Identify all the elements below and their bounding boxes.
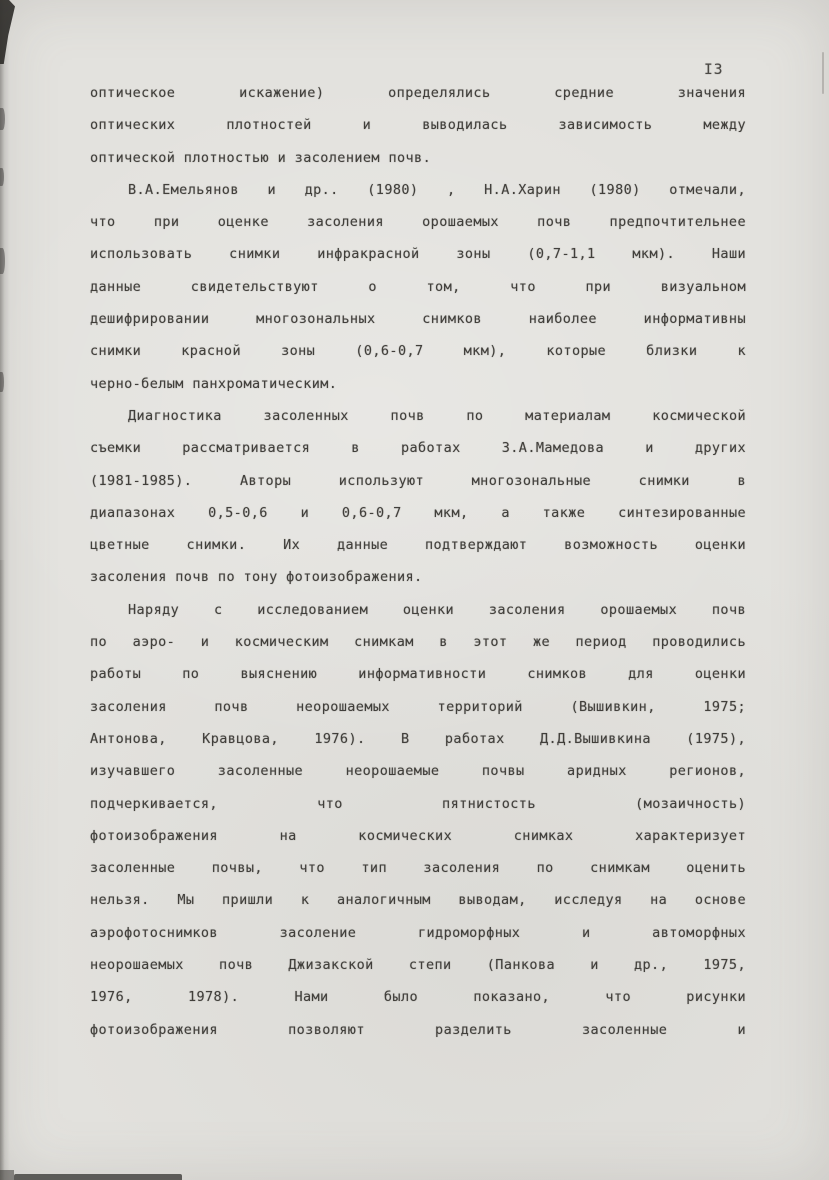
edge-nick — [0, 248, 5, 274]
scanned-document-page: { "page": { "number": "I3" }, "colors": … — [0, 0, 829, 1180]
text-line: 1976, 1978). Нами было показано, что рис… — [90, 981, 746, 1013]
text-line: Наряду с исследованием оценки засоления … — [90, 594, 746, 626]
page-number: I3 — [704, 62, 723, 78]
text-line: В.А.Емельянов и др.. (1980) , Н.А.Харин … — [90, 174, 746, 206]
edge-nick — [0, 372, 4, 392]
text-line: оптическое искажение) определялись средн… — [90, 77, 746, 109]
text-line: оптической плотностью и засолением почв. — [90, 142, 746, 174]
text-line: работы по выяснению информативности сним… — [90, 658, 746, 690]
text-line: дешифрировании многозональных снимков на… — [90, 303, 746, 335]
text-line: (1981-1985). Авторы используют многозона… — [90, 465, 746, 497]
text-line: засоления почв по тону фотоизображения. — [90, 561, 746, 593]
text-line: фотоизображения на космических снимках х… — [90, 820, 746, 852]
text-line: что при оценке засоления орошаемых почв … — [90, 206, 746, 238]
text-line: засоленные почвы, что тип засоления по с… — [90, 852, 746, 884]
text-line: подчеркивается, что пятнистость (мозаичн… — [90, 788, 746, 820]
text-line: оптических плотностей и выводилась завис… — [90, 109, 746, 141]
text-line: Антонова, Кравцова, 1976). В работах Д.Д… — [90, 723, 746, 755]
text-line: аэрофотоснимков засоление гидроморфных и… — [90, 917, 746, 949]
text-line: диапазонах 0,5-0,6 и 0,6-0,7 мкм, а такж… — [90, 497, 746, 529]
bottom-corner-mark — [0, 1170, 14, 1180]
edge-nick — [0, 168, 4, 186]
text-line: по аэро- и космическим снимкам в этот же… — [90, 626, 746, 658]
text-line: нельзя. Мы пришли к аналогичным выводам,… — [90, 884, 746, 916]
text-line: Диагностика засоленных почв по материала… — [90, 400, 746, 432]
right-edge-mark — [822, 52, 824, 94]
edge-nick — [0, 108, 5, 130]
text-line: использовать снимки инфракрасной зоны (0… — [90, 238, 746, 270]
text-line: съемки рассматривается в работах З.А.Мам… — [90, 432, 746, 464]
text-line: засоления почв неорошаемых территорий (В… — [90, 691, 746, 723]
text-line: изучавшего засоленные неорошаемые почвы … — [90, 755, 746, 787]
bottom-edge-mark — [14, 1174, 182, 1180]
torn-edge-left-lower — [0, 560, 5, 1180]
text-line: цветные снимки. Их данные подтверждают в… — [90, 529, 746, 561]
text-line: фотоизображения позволяют разделить засо… — [90, 1014, 746, 1046]
text-line: данные свидетельствуют о том, что при ви… — [90, 271, 746, 303]
text-line: черно-белым панхроматическим. — [90, 368, 746, 400]
typewritten-text-block: оптическое искажение) определялись средн… — [90, 77, 746, 1046]
text-line: неорошаемых почв Джизакской степи (Панко… — [90, 949, 746, 981]
text-line: снимки красной зоны (0,6-0,7 мкм), котор… — [90, 335, 746, 367]
